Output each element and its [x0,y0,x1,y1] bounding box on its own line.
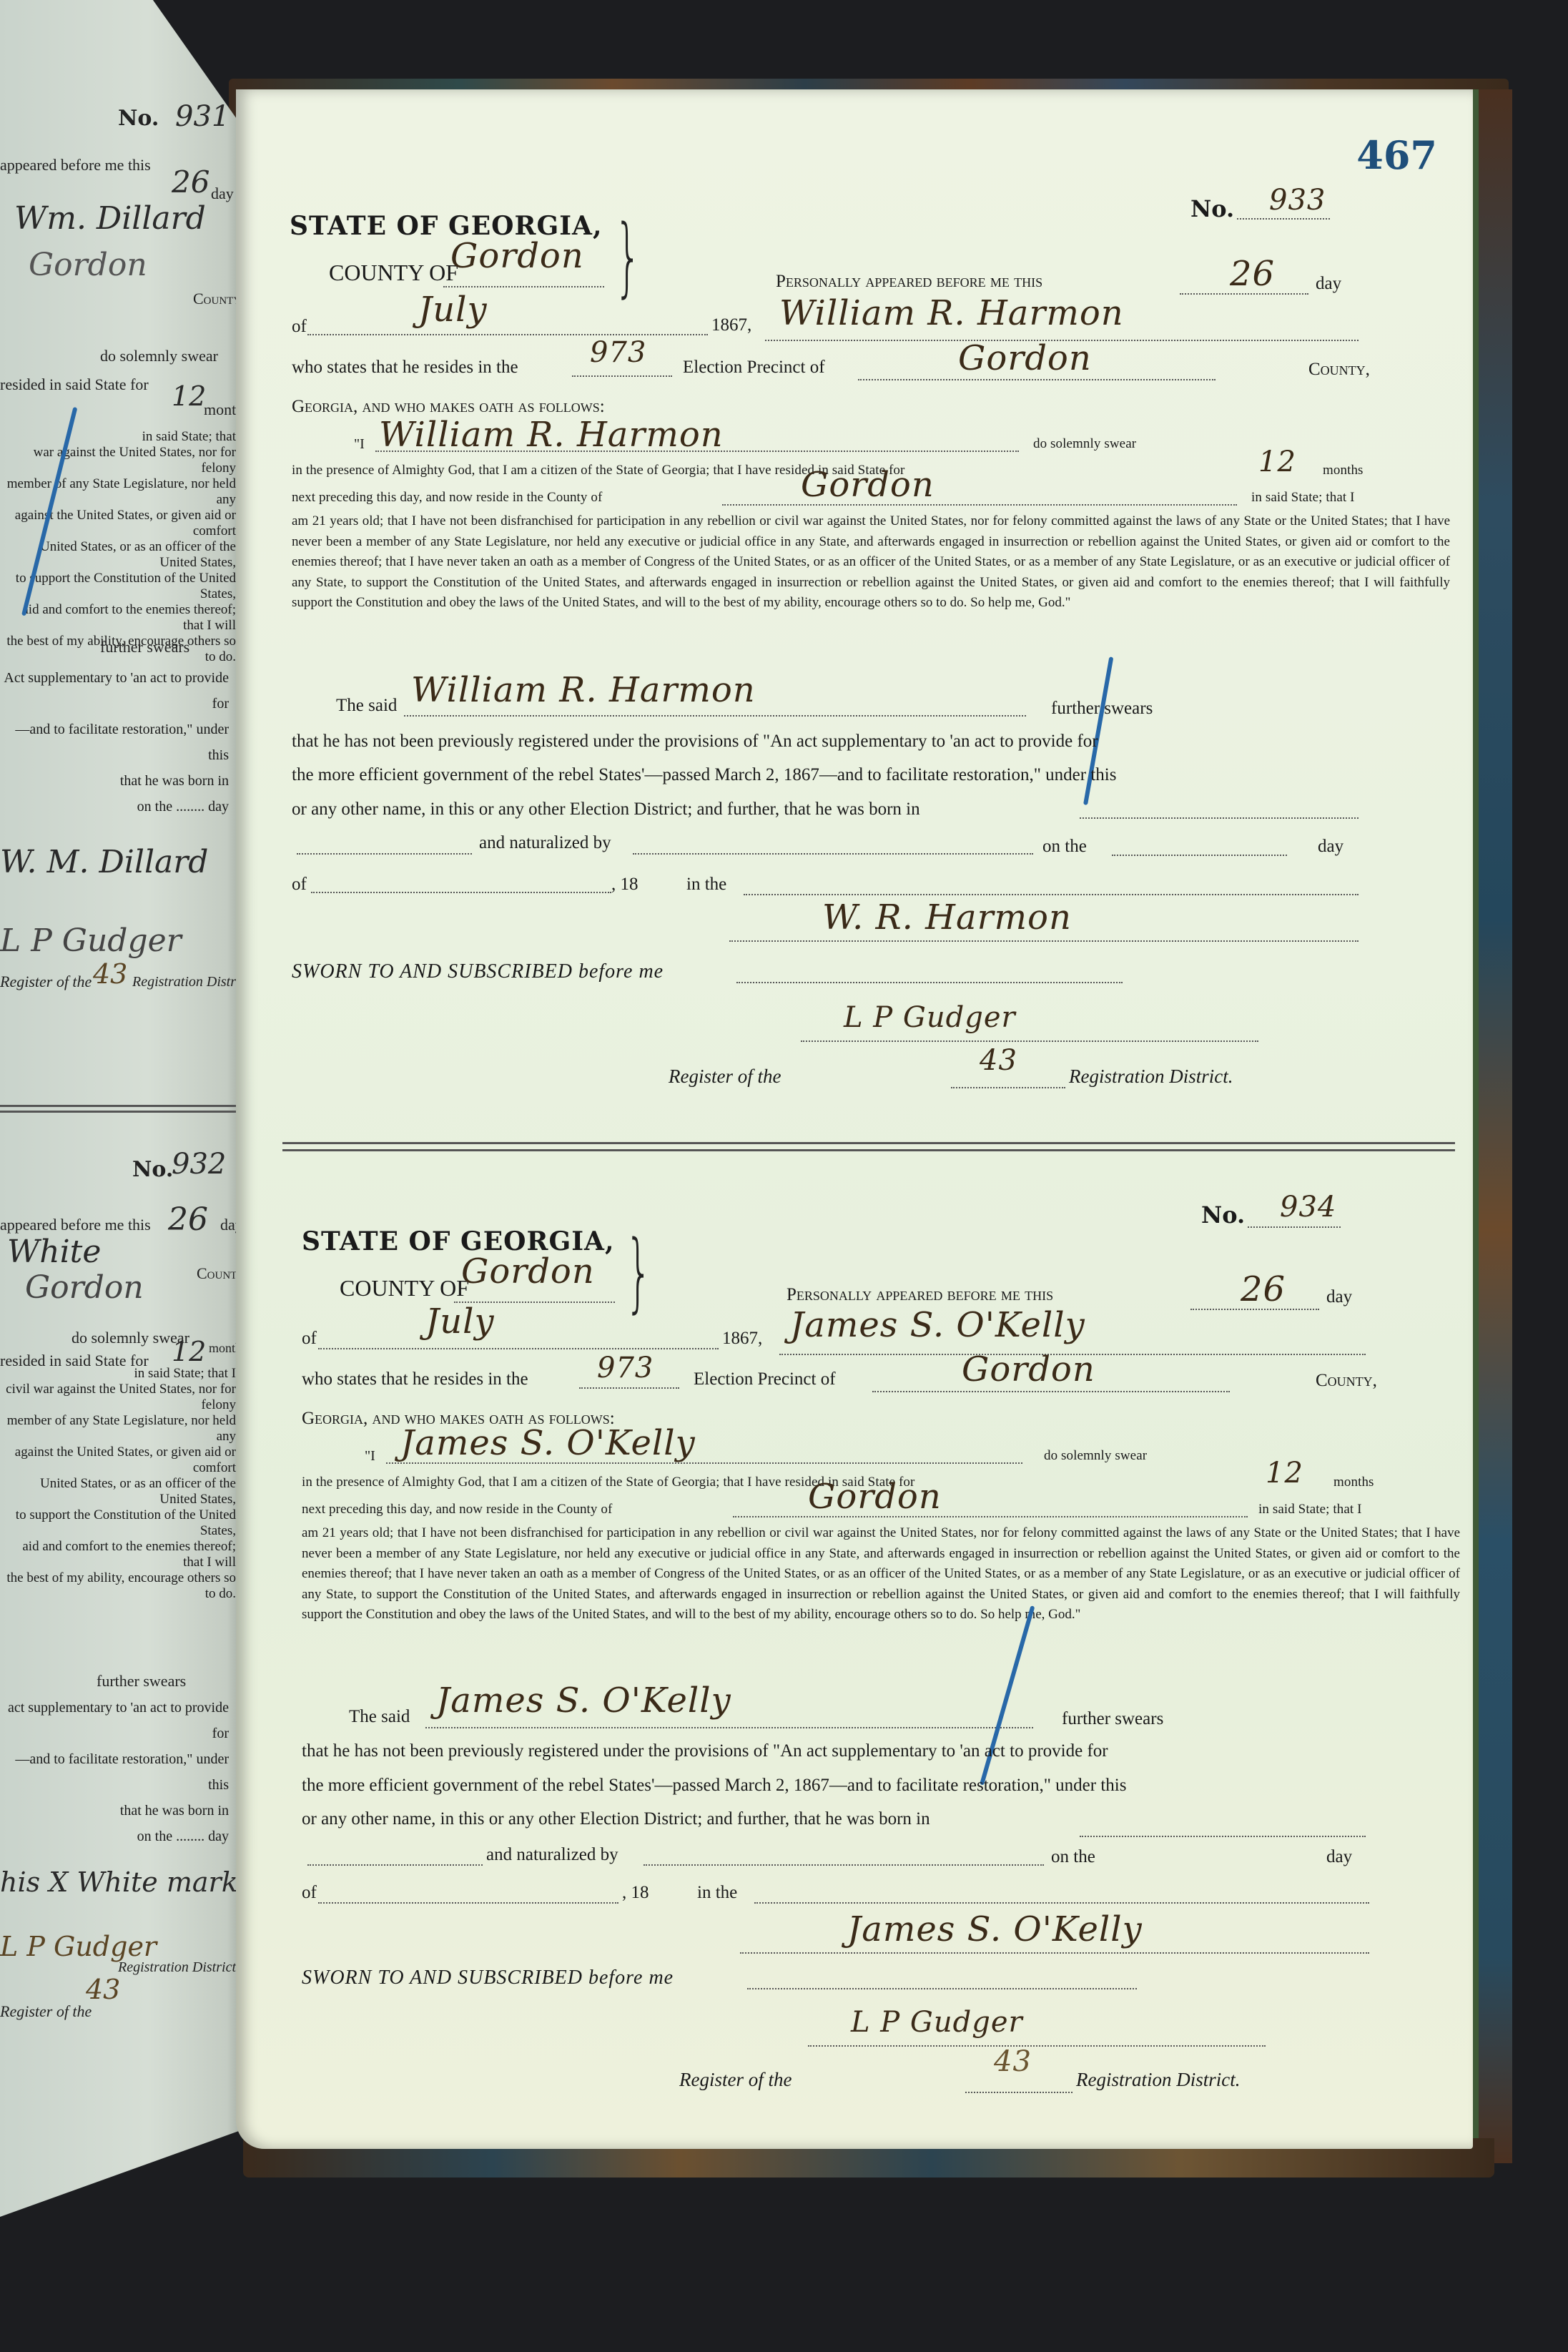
precinct-label: Election Precinct of [694,1369,836,1389]
section-divider [0,1105,236,1107]
district-number: 43 [86,1974,120,2005]
reside-text: next preceding this day, and now reside … [302,1502,612,1517]
naturalized-label: and naturalized by [486,1845,618,1865]
months-handwritten: 12 [1258,446,1296,478]
oath-fragments: in said State; that war against the Unit… [0,429,236,665]
act-line-3: or any other name, in this or any other … [302,1809,930,1829]
precinct-county-handwritten: Gordon [958,338,1092,378]
month-handwritten: July [425,1302,495,1342]
register-label: Register of the [0,2002,92,2021]
district-number: 43 [994,2045,1032,2078]
day-label: day [211,184,234,203]
book-cover-right-edge [1476,89,1512,2163]
entry-divider [282,1142,1455,1144]
the-said-label: The said [349,1707,410,1727]
swear-text: do solemnly swear [100,347,218,365]
county-handwritten: Gordon [461,1251,595,1291]
said-name-handwritten: William R. Harmon [411,670,756,710]
reside-county-handwritten: Gordon [801,465,935,505]
district-label: Registration District. [1069,1066,1233,1088]
sworn-label: SWORN TO AND SUBSCRIBED before me [302,1967,674,1989]
said-state-label: in said State; that I [1251,490,1355,506]
district-number: 43 [980,1044,1017,1077]
oath-name-handwritten: William R. Harmon [379,415,724,455]
act-line-2: the more efficient government of the reb… [292,765,1116,785]
further-swears-label: further swears [1062,1709,1163,1729]
act-line-3: or any other name, in this or any other … [292,799,920,820]
oath-body: am 21 years old; that I have not been di… [292,511,1450,614]
precinct-handwritten: 973 [597,1352,654,1384]
registrant-name-handwritten: William R. Harmon [779,293,1124,333]
district-label: Registration District. [132,974,247,990]
appeared-label: Personally appeared before me this [776,272,1042,292]
act-line-1: that he has not been previously register… [302,1741,1108,1761]
register-label: Register of the [679,2069,792,2091]
county-of-label: COUNTY OF [329,260,458,286]
county-label: County, [1316,1371,1377,1391]
registrant-name-handwritten: James S. O'Kelly [790,1305,1085,1345]
no-label: No. [1201,1201,1245,1229]
act-fragments: act supplementary to 'an act to provide … [0,1695,229,1849]
appeared-label: Personally appeared before me this [787,1285,1053,1305]
day-label: day [1316,274,1341,294]
day-value: 26 [172,164,209,200]
of-label: of [292,317,307,337]
register-signature: L P Gudger [844,1001,1016,1034]
entry-divider [282,1149,1455,1151]
county-handwritten: Gordon [25,1269,144,1306]
of-label-2: of [302,1883,317,1903]
in-the-label: in the [686,875,726,895]
oath-name-handwritten: James S. O'Kelly [400,1423,696,1463]
further-swears: further swears [100,638,189,656]
on-the-label: on the [1051,1847,1095,1867]
day-label-2: day [1318,837,1343,857]
registrant-signature: W. R. Harmon [822,897,1072,938]
georgia-oath-label: Georgia, and who makes oath as follows: [292,397,605,417]
district-label: Registration District. [1076,2069,1241,2091]
months-value: 12 [172,1336,206,1367]
entry-number: 933 [1269,184,1326,217]
register-signature: L P Gudger [0,1931,157,1962]
precinct-county-handwritten: Gordon [962,1349,1095,1389]
county-of-label: COUNTY OF [340,1275,469,1302]
no-label: No. [118,106,159,131]
district-label: Registration District. [118,1959,240,1976]
resides-label: who states that he resides in the [292,358,518,378]
day-value: 26 [1230,254,1275,294]
naturalized-label: and naturalized by [479,833,611,853]
section-divider [0,1111,236,1113]
i-label: "I [354,436,365,453]
year-label: 1867, [711,315,751,335]
i-label: "I [365,1448,375,1465]
state-for-text: resided in said State for [0,375,149,394]
on-the-label: on the [1042,837,1087,857]
day-label: day [1326,1287,1352,1307]
in-the-label: in the [697,1883,737,1903]
oath-fragments: in said State; that I civil war against … [0,1366,236,1602]
months-handwritten: 12 [1266,1457,1303,1490]
appeared-text: appeared before me this [0,1216,151,1234]
entry-number: 934 [1280,1191,1336,1224]
district-number: 43 [93,958,127,990]
sworn-label: SWORN TO AND SUBSCRIBED before me [292,960,664,983]
left-page: No. 931 appeared before me this 26 day W… [0,0,247,2217]
no-label: No. [1190,195,1234,222]
entry-number: 931 [175,100,230,133]
appeared-text: appeared before me this [0,156,151,174]
act-line-2: the more efficient government of the reb… [302,1776,1126,1796]
swear-label: do solemnly swear [1044,1448,1147,1464]
months-label: months [1323,463,1364,478]
reside-text: next preceding this day, and now reside … [292,490,602,506]
registrant-signature: James S. O'Kelly [847,1909,1143,1949]
month-handwritten: July [418,290,488,330]
year-label: 1867, [722,1329,762,1349]
county-handwritten: Gordon [450,236,584,276]
signature-handwritten: his X White mark [0,1866,238,1898]
oath-body: am 21 years old; that I have not been di… [302,1523,1460,1625]
further-swears: further swears [97,1672,186,1691]
day-label-2: day [1326,1847,1352,1867]
register-label: Register of the [669,1066,781,1088]
register-signature: L P Gudger [0,922,182,959]
register-label: Register of the [0,973,92,991]
swear-label: do solemnly swear [1033,436,1136,452]
of-label: of [302,1329,317,1349]
entry-number: 932 [172,1148,226,1181]
name-handwritten: White [7,1234,101,1270]
county-label: County, [1308,360,1370,380]
brace: } [614,207,641,307]
precinct-label: Election Precinct of [683,358,825,378]
eighteen-label: , 18 [611,875,638,895]
day-value: 26 [1241,1269,1286,1309]
said-state-label: in said State; that I [1258,1502,1362,1517]
brace: } [625,1223,652,1322]
eighteen-label: , 18 [622,1883,649,1903]
county-handwritten: Gordon [29,247,147,283]
resides-label: who states that he resides in the [302,1369,528,1389]
act-fragments: Act supplementary to 'an act to provide … [0,665,229,820]
said-name-handwritten: James S. O'Kelly [436,1681,731,1721]
signature-handwritten: W. M. Dillard [0,844,208,880]
act-line-1: that he has not been previously register… [292,732,1098,752]
no-label: No. [132,1157,173,1182]
page-number: 467 [1356,132,1437,178]
day-value: 26 [168,1201,208,1238]
precinct-handwritten: 973 [590,336,646,369]
months-label: months [1333,1475,1374,1490]
register-signature: L P Gudger [851,2006,1023,2039]
right-page: 467 No. 933 STATE OF GEORGIA, COUNTY OF … [236,89,1473,2149]
the-said-label: The said [336,696,397,716]
name-handwritten: Wm. Dillard [14,200,206,237]
reside-county-handwritten: Gordon [808,1477,942,1517]
months-value: 12 [172,380,206,412]
of-label-2: of [292,875,307,895]
